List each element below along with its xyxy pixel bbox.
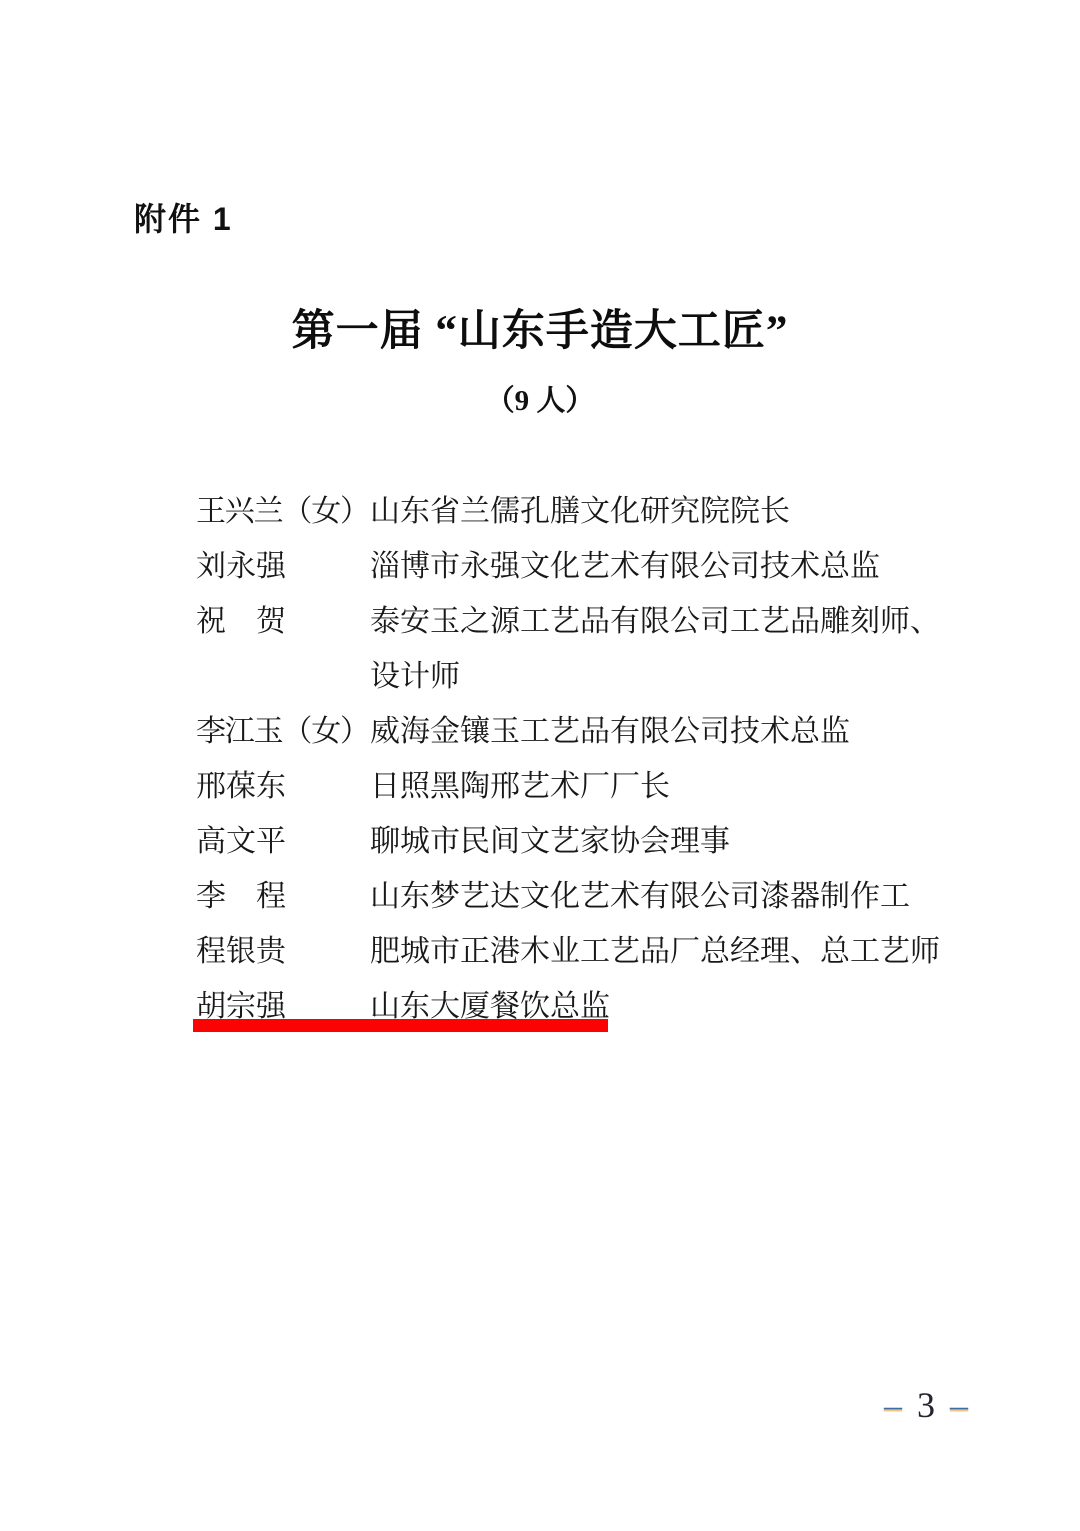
red-underline (193, 1019, 608, 1032)
page-number-left-dash: – (884, 1385, 905, 1425)
awardee-name: 祝 贺 (196, 594, 370, 704)
list-item: 李 程 山东梦艺达文化艺术有限公司漆器制作工 (196, 869, 956, 924)
awardee-title: 日照黑陶邢艺术厂厂长 (370, 759, 950, 814)
awardee-title: 泰安玉之源工艺品有限公司工艺品雕刻师、设计师 (370, 594, 950, 704)
awardee-list: 王兴兰（女） 山东省兰儒孔膳文化研究院院长 刘永强 淄博市永强文化艺术有限公司技… (196, 484, 956, 1034)
awardee-title: 山东省兰儒孔膳文化研究院院长 (370, 484, 950, 539)
awardee-name: 邢葆东 (196, 759, 370, 814)
list-item: 程银贵 肥城市正港木业工艺品厂总经理、总工艺师 (196, 924, 956, 979)
list-item: 高文平 聊城市民间文艺家协会理事 (196, 814, 956, 869)
page-number-right-dash: – (950, 1385, 971, 1425)
awardee-title: 淄博市永强文化艺术有限公司技术总监 (370, 539, 950, 594)
document-title: 第一届 “山东手造大工匠” (0, 297, 1080, 358)
document-page: 附件 1 第一届 “山东手造大工匠” （9 人） 王兴兰（女） 山东省兰儒孔膳文… (0, 0, 1080, 1531)
list-item: 祝 贺 泰安玉之源工艺品有限公司工艺品雕刻师、设计师 (196, 594, 956, 704)
list-item: 刘永强 淄博市永强文化艺术有限公司技术总监 (196, 539, 956, 594)
awardee-title: 威海金镶玉工艺品有限公司技术总监 (370, 704, 950, 759)
awardee-name: 李江玉（女） (196, 704, 370, 759)
awardee-title: 肥城市正港木业工艺品厂总经理、总工艺师 (370, 924, 950, 979)
list-item: 王兴兰（女） 山东省兰儒孔膳文化研究院院长 (196, 484, 956, 539)
page-number: – 3 – (884, 1384, 971, 1426)
awardee-title: 聊城市民间文艺家协会理事 (370, 814, 950, 869)
awardee-name: 刘永强 (196, 539, 370, 594)
list-item: 邢葆东 日照黑陶邢艺术厂厂长 (196, 759, 956, 814)
awardee-name: 王兴兰（女） (196, 484, 370, 539)
list-item: 李江玉（女） 威海金镶玉工艺品有限公司技术总监 (196, 704, 956, 759)
document-subtitle: （9 人） (0, 378, 1080, 419)
awardee-name: 李 程 (196, 869, 370, 924)
awardee-title: 山东梦艺达文化艺术有限公司漆器制作工 (370, 869, 950, 924)
list-item: 胡宗强 山东大厦餐饮总监 (196, 979, 956, 1034)
attachment-label: 附件 1 (134, 194, 233, 240)
page-number-value: 3 (917, 1385, 938, 1425)
awardee-name: 程银贵 (196, 924, 370, 979)
awardee-name: 高文平 (196, 814, 370, 869)
